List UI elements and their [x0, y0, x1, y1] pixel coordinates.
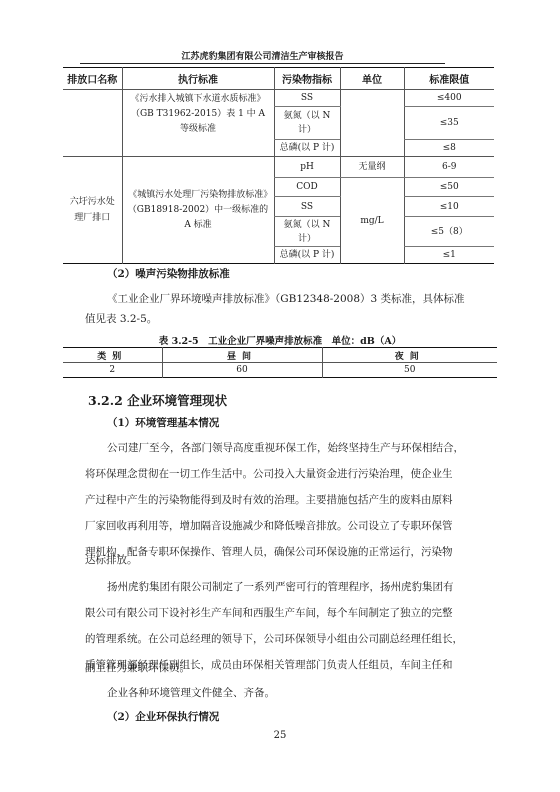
table-row: 《污水排入城镇下水道水质标准》（GB T31962-2015）表 1 中 A 等…: [63, 90, 494, 107]
pollutant-cell: pH: [274, 157, 340, 178]
col-unit: 单位: [340, 68, 404, 90]
header-rule: [80, 63, 445, 64]
standard-cell: 《污水排入城镇下水道水质标准》（GB T31962-2015）表 1 中 A 等…: [122, 90, 274, 157]
category-cell: 2: [63, 363, 162, 378]
noise-standards-table: 类别 昼间 夜间 2 60 50: [63, 347, 497, 378]
limit-cell: ≤1: [404, 247, 494, 264]
subsection-heading: （2）企业环保执行情况: [107, 709, 219, 724]
pollutant-cell: SS: [274, 90, 340, 107]
limit-cell: ≤8: [404, 140, 494, 157]
pollutant-cell: 总磷(以 P 计): [274, 247, 340, 264]
col-limit: 标准限值: [404, 68, 494, 90]
noise-heading: （2）噪声污染物排放标准: [107, 266, 230, 281]
col-night: 夜间: [322, 348, 497, 363]
pollutant-cell: 总磷(以 P 计): [274, 140, 340, 157]
col-category: 类别: [63, 348, 162, 363]
col-pollutant: 污染物指标: [274, 68, 340, 90]
table-caption: 表 3.2-5 工业企业厂界噪声排放标准 单位：dB（A）: [63, 333, 497, 347]
pollutant-cell: 氨氮（以 N 计）: [274, 107, 340, 140]
subsection-heading: （1）环境管理基本情况: [107, 415, 219, 430]
limit-cell: ≤35: [404, 107, 494, 140]
para-line: 的管理系统。在公司总经理的领导下，公司环保领导小组由公司副总经理任组长，: [85, 631, 463, 646]
outlet-cell: 六圩污水处理厂排口: [63, 157, 122, 264]
para-line: 理机构，配备专职环保操作、管理人员，确保公司环保设施的正常运行，污染物: [85, 544, 453, 559]
section-title: 3.2.2 企业环境管理现状: [88, 391, 227, 409]
night-cell: 50: [322, 363, 497, 378]
table-row: 六圩污水处理厂排口 《城镇污水处理厂污染物排放标准》（GB18918-2002）…: [63, 157, 494, 178]
limit-cell: ≤50: [404, 178, 494, 197]
emission-standards-table: 排放口名称 执行标准 污染物指标 单位 标准限值 《污水排入城镇下水道水质标准》…: [63, 67, 494, 264]
running-header: 江苏虎豹集团有限公司清洁生产审核报告: [80, 49, 445, 62]
page-number: 25: [0, 730, 560, 741]
para-line: 产过程中产生的污染物能得到及时有效的治理。主要措施包括产生的废料由原料: [85, 492, 453, 507]
table-row: 2 60 50: [63, 363, 497, 378]
para-line: 公司建厂至今，各部门领导高度重视环保工作，始终坚持生产与环保相结合，: [107, 440, 464, 455]
col-day: 昼间: [162, 348, 322, 363]
standard-cell: 《城镇污水处理厂污染物排放标准》（GB18918-2002）中一级标准的 A 标…: [122, 157, 274, 264]
day-cell: 60: [162, 363, 322, 378]
unit-cell: [340, 90, 404, 157]
para-line: 将环保理念贯彻在一切工作生活中。公司投入大量资金进行污染治理，使企业生: [85, 466, 453, 481]
limit-cell: 6-9: [404, 157, 494, 178]
para-line: 达标排放。: [85, 552, 138, 567]
para-line: 副主任为兼职环保员。: [85, 660, 190, 675]
para-line: 企业各种环境管理文件健全、齐备。: [107, 685, 275, 700]
col-outlet: 排放口名称: [63, 68, 122, 90]
noise-para-line: 《工业企业厂界环境噪声排放标准》（GB12348-2008）3 类标准，具体标准: [107, 291, 465, 306]
para-line: 厂家回收再利用等，增加隔音设施减少和降低噪音排放。公司设立了专职环保管: [85, 518, 453, 533]
noise-para-line: 值见表 3.2-5。: [85, 311, 157, 326]
limit-cell: ≤400: [404, 90, 494, 107]
limit-cell: ≤10: [404, 197, 494, 217]
col-standard: 执行标准: [122, 68, 274, 90]
para-line: 限公司有限公司下设衬衫生产车间和西服生产车间，每个车间制定了独立的完整: [85, 605, 453, 620]
pollutant-cell: 氨氮（以 N 计）: [274, 217, 340, 247]
unit-cell: mg/L: [340, 178, 404, 264]
pollutant-cell: COD: [274, 178, 340, 197]
unit-cell: 无量纲: [340, 157, 404, 178]
table-header-row: 排放口名称 执行标准 污染物指标 单位 标准限值: [63, 68, 494, 90]
limit-cell: ≤5（8）: [404, 217, 494, 247]
pollutant-cell: SS: [274, 197, 340, 217]
para-line: 扬州虎豹集团有限公司制定了一系列严密可行的管理程序，扬州虎豹集团有: [107, 579, 454, 594]
table-header-row: 类别 昼间 夜间: [63, 348, 497, 363]
outlet-cell: [63, 90, 122, 157]
